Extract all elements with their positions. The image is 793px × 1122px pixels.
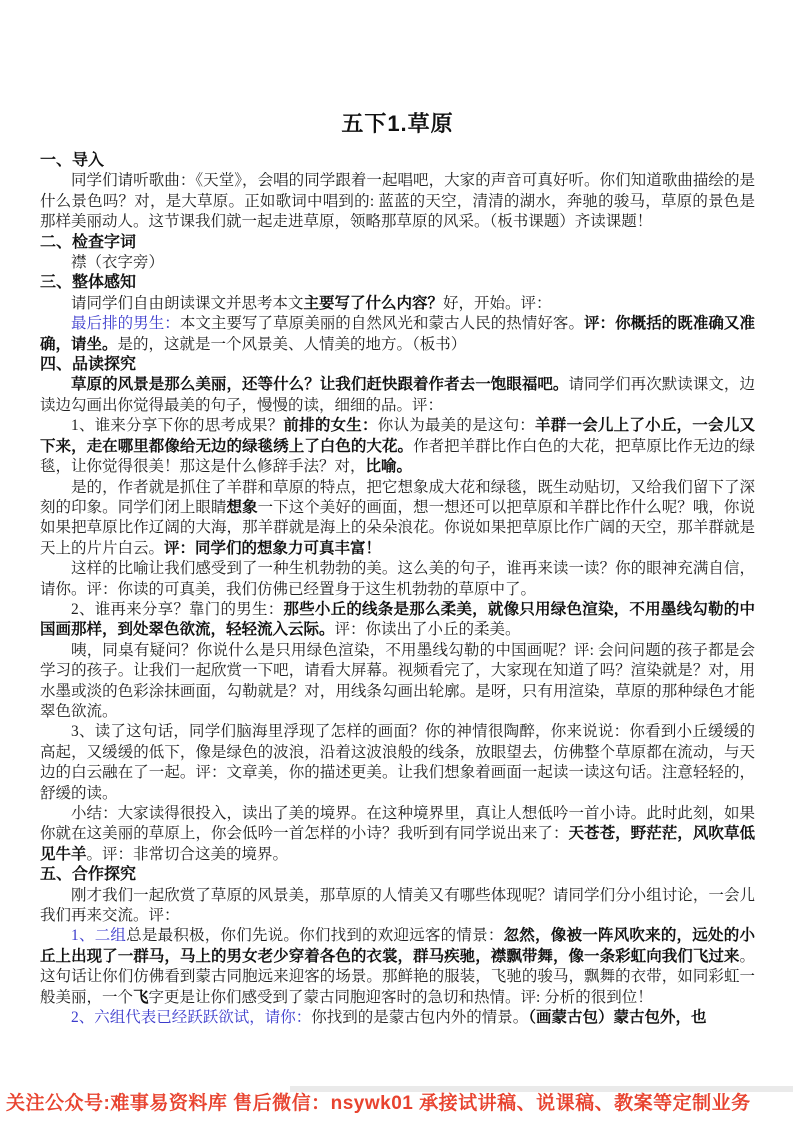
emphasis-text: 草原的风景是那么美丽，还等什么？让我们赶快跟着作者去一饱眼福吧。 [71,376,568,393]
paragraph: 同学们请听歌曲：《天堂》，会唱的同学跟着一起唱吧，大家的声音可真好听。你们知道歌… [40,171,755,232]
emphasis-text: 主要写了什么内容？ [304,295,444,312]
body-text: 刚才我们一起欣赏了草原的风景美，那草原的人情美又有哪些体现呢？请同学们分小组讨论… [40,887,755,924]
paragraph: 小结：大家读得很投入，读出了美的境界。在这种境界里，真让人想低吟一首小诗。此时此… [40,804,755,865]
paragraph: 襟（衣字旁） [40,253,755,273]
body-text: 四、品读探究 [40,356,136,373]
section-heading: 二、检查字词 [40,233,755,253]
body-text: 本文主要写了草原美丽的自然风光和蒙古人民的热情好客。 [180,315,584,332]
paragraph: 这样的比喻让我们感受到了一种生机勃勃的美。这么美的句子，谁再来读一读？你的眼神充… [40,559,755,600]
paragraph: 2、六组代表已经跃跃欲试，请你：你找到的是蒙古包内外的情景。（画蒙古包）蒙古包外… [40,1008,755,1028]
body-text: 总是最积极，你们先说。你们找到的欢迎远客的情景： [126,927,503,944]
speaker-label: 1、二组 [71,927,126,944]
body-text: 2、谁再来分享？靠门的男生： [71,601,283,618]
body-text: 五、合作探究 [40,866,136,883]
body-text: 二、检查字词 [40,234,136,251]
paragraph: 1、谁来分享下你的思考成果？前排的女生：你认为最美的是这句：羊群一会儿上了小丘，… [40,416,755,477]
body-text: 。评：非常切合这美的境界。 [87,846,289,863]
body-text: 三、整体感知 [40,274,136,291]
paragraph: 3、读了这句话，同学们脑海里浮现了怎样的画面？你的神情很陶醉，你来说说：你看到小… [40,722,755,804]
emphasis-text: 比喻。 [366,458,413,475]
footer-watermark: 关注公众号:难事易资料库 售后微信：nsywk01 承接试讲稿、说课稿、教案等定… [6,1092,793,1116]
document-title: 五下1.草原 [40,110,755,138]
paragraph: 草原的风景是那么美丽，还等什么？让我们赶快跟着作者去一饱眼福吧。请同学们再次默读… [40,375,755,416]
body-text: 请同学们自由朗读课文并思考本文 [71,295,304,312]
body-text: 你找到的是蒙古包内外的情景。 [311,1009,528,1026]
body-text: 同学们请听歌曲：《天堂》，会唱的同学跟着一起唱吧，大家的声音可真好听。你们知道歌… [40,172,755,230]
paragraph: 咦，同桌有疑问？你说什么是只用绿色渲染，不用墨线勾勒的中国画呢？评: 会问问题的… [40,641,755,723]
section-heading: 三、整体感知 [40,273,755,293]
section-heading: 五、合作探究 [40,865,755,885]
emphasis-text: 飞 [133,989,149,1006]
body-text: 一、导入 [40,152,104,169]
paragraph: 1、二组总是最积极，你们先说。你们找到的欢迎远客的情景：忽然，像被一阵风吹来的，… [40,926,755,1008]
body-text: 你认为最美的是这句： [378,417,535,434]
section-heading: 四、品读探究 [40,355,755,375]
body-text: 1、谁来分享下你的思考成果？ [71,417,283,434]
body-text: 好，开始。评： [443,295,552,312]
body-text: 襟（衣字旁） [71,254,164,271]
paragraph: 请同学们自由朗读课文并思考本文主要写了什么内容？好，开始。评： [40,294,755,314]
body-text: 评：你读出了小丘的柔美。 [335,621,521,638]
document-page: 五下1.草原 一、导入同学们请听歌曲：《天堂》，会唱的同学跟着一起唱吧，大家的声… [0,0,793,1122]
document-body: 一、导入同学们请听歌曲：《天堂》，会唱的同学跟着一起唱吧，大家的声音可真好听。你… [40,151,755,1028]
body-text: 3、读了这句话，同学们脑海里浮现了怎样的画面？你的神情很陶醉，你来说说：你看到小… [40,723,755,801]
body-text: 咦，同桌有疑问？你说什么是只用绿色渲染，不用墨线勾勒的中国画呢？评: 会问问题的… [40,642,755,720]
speaker-label: 最后排的男生： [71,315,180,332]
body-text: 字更是让你们感受到了蒙古同胞迎客时的急切和热情。评: 分析的很到位！ [149,989,653,1006]
paragraph: 最后排的男生：本文主要写了草原美丽的自然风光和蒙古人民的热情好客。评：你概括的既… [40,314,755,355]
section-heading: 一、导入 [40,151,755,171]
emphasis-text: 想象 [227,499,258,516]
body-text: 这样的比喻让我们感受到了一种生机勃勃的美。这么美的句子，谁再来读一读？你的眼神充… [40,560,755,597]
emphasis-text: （画蒙古包）蒙古包外，也 [528,1009,706,1026]
speaker-label: 2、六组代表已经跃跃欲试，请你： [71,1009,311,1026]
body-text: 是的，这就是一个风景美、人情美的地方。（板书） [118,336,467,353]
emphasis-text: 评：同学们的想象力可真丰富！ [164,540,381,557]
paragraph: 是的，作者就是抓住了羊群和草原的特点，把它想象成大花和绿毯，既生动贴切，又给我们… [40,478,755,560]
paragraph: 刚才我们一起欣赏了草原的风景美，那草原的人情美又有哪些体现呢？请同学们分小组讨论… [40,886,755,927]
emphasis-text: 前排的女生： [283,417,377,434]
paragraph: 2、谁再来分享？靠门的男生：那些小丘的线条是那么柔美，就像只用绿色渲染，不用墨线… [40,600,755,641]
